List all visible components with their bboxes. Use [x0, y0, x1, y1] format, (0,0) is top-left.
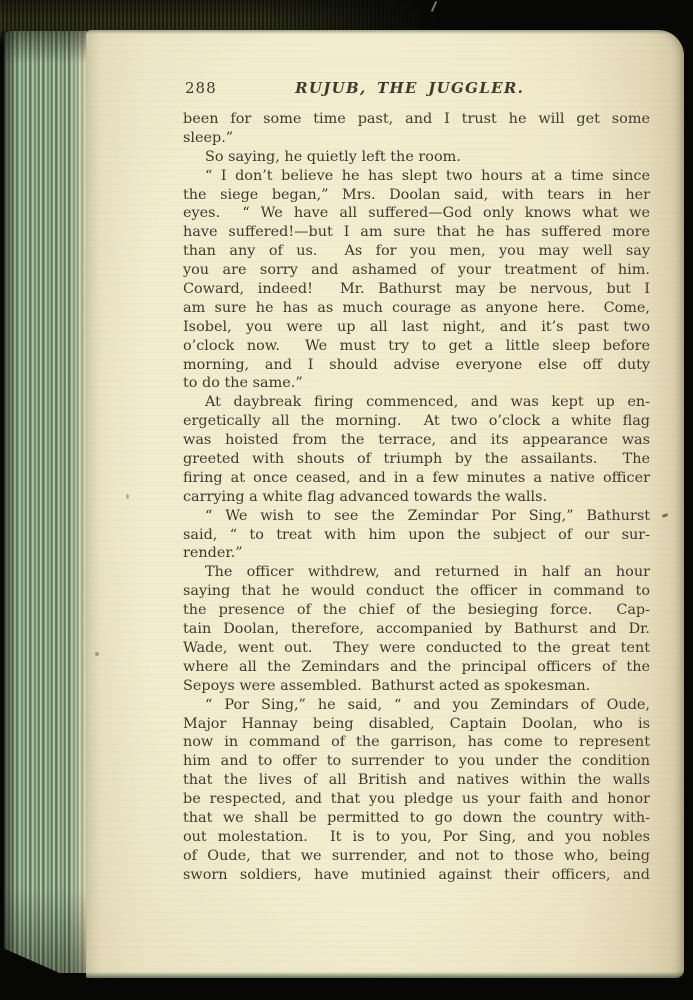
text-line: the siege began,” Mrs. Doolan said, with…	[183, 186, 650, 205]
text-line: morning, and I should advise everyone el…	[183, 356, 650, 375]
scanned-book-photo: 288 RUJUB, THE JUGGLER. been for some ti…	[0, 0, 693, 1000]
text-line: him and to offer to surrender to you und…	[183, 752, 650, 771]
text-line: render.”	[183, 544, 650, 563]
text-line: firing at once ceased, and in a few minu…	[183, 469, 650, 488]
text-line: Wade, went out. They were conducted to t…	[183, 639, 650, 658]
text-line: the presence of the chief of the besiegi…	[183, 601, 650, 620]
text-line: “ Por Sing,” he said, “ and you Zemindar…	[183, 696, 650, 715]
text-line: greeted with shouts of triumph by the as…	[183, 450, 650, 469]
running-title: RUJUB, THE JUGGLER.	[295, 79, 524, 97]
text-line: Isobel, you were up all last night, and …	[183, 318, 650, 337]
text-line: ergetically all the morning. At two o’cl…	[183, 412, 650, 431]
text-line: out molestation. It is to you, Por Sing,…	[183, 828, 650, 847]
page-number: 288	[185, 79, 217, 97]
text-line: Major Hannay being disabled, Captain Doo…	[183, 715, 650, 734]
text-line: sworn soldiers, have mutinied against th…	[183, 866, 650, 885]
text-line: to do the same.”	[183, 374, 650, 393]
text-line: sleep.”	[183, 129, 650, 148]
text-line: where all the Zemindars and the principa…	[183, 658, 650, 677]
text-line: be respected, and that you pledge us you…	[183, 790, 650, 809]
text-line: So saying, he quietly left the room.	[183, 148, 650, 167]
page-corner-shadow	[629, 0, 693, 58]
text-line: o’clock now. We must try to get a little…	[183, 337, 650, 356]
text-line: than any of us. As for you men, you may …	[183, 242, 650, 261]
text-line: “ We wish to see the Zemindar Por Sing,”…	[183, 507, 650, 526]
text-line: have suffered!—but I am sure that he has…	[183, 223, 650, 242]
text-line: said, “ to treat with him upon the subje…	[183, 526, 650, 545]
text-line: saying that he would conduct the officer…	[183, 582, 650, 601]
text-line: of Oude, that we surrender, and not to t…	[183, 847, 650, 866]
page-blemish	[126, 494, 129, 499]
text-line: Sepoys were assembled. Bathurst acted as…	[183, 677, 650, 696]
page-text-block: been for some time past, and I trust he …	[183, 110, 650, 885]
text-line: At daybreak firing commenced, and was ke…	[183, 393, 650, 412]
text-line: was hoisted from the terrace, and its ap…	[183, 431, 650, 450]
book-page: 288 RUJUB, THE JUGGLER. been for some ti…	[86, 30, 684, 978]
text-line: The officer withdrew, and returned in ha…	[183, 563, 650, 582]
page-header: 288 RUJUB, THE JUGGLER.	[183, 79, 650, 101]
text-line: now in command of the garrison, has come…	[183, 733, 650, 752]
page-blemish	[662, 513, 669, 518]
text-line: that the lives of all British and native…	[183, 771, 650, 790]
text-line: tain Doolan, therefore, accompanied by B…	[183, 620, 650, 639]
text-line: “ I don’t believe he has slept two hours…	[183, 167, 650, 186]
text-line: that we shall be permitted to go down th…	[183, 809, 650, 828]
text-line: carrying a white flag advanced towards t…	[183, 488, 650, 507]
stacked-page-fore-edges	[4, 31, 88, 973]
text-line: you are sorry and ashamed of your treatm…	[183, 261, 650, 280]
text-line: am sure he has as much courage as anyone…	[183, 299, 650, 318]
text-line: been for some time past, and I trust he …	[183, 110, 650, 129]
text-line: eyes. “ We have all suffered—God only kn…	[183, 204, 650, 223]
page-blemish	[95, 652, 99, 656]
text-line: Coward, indeed! Mr. Bathurst may be nerv…	[183, 280, 650, 299]
